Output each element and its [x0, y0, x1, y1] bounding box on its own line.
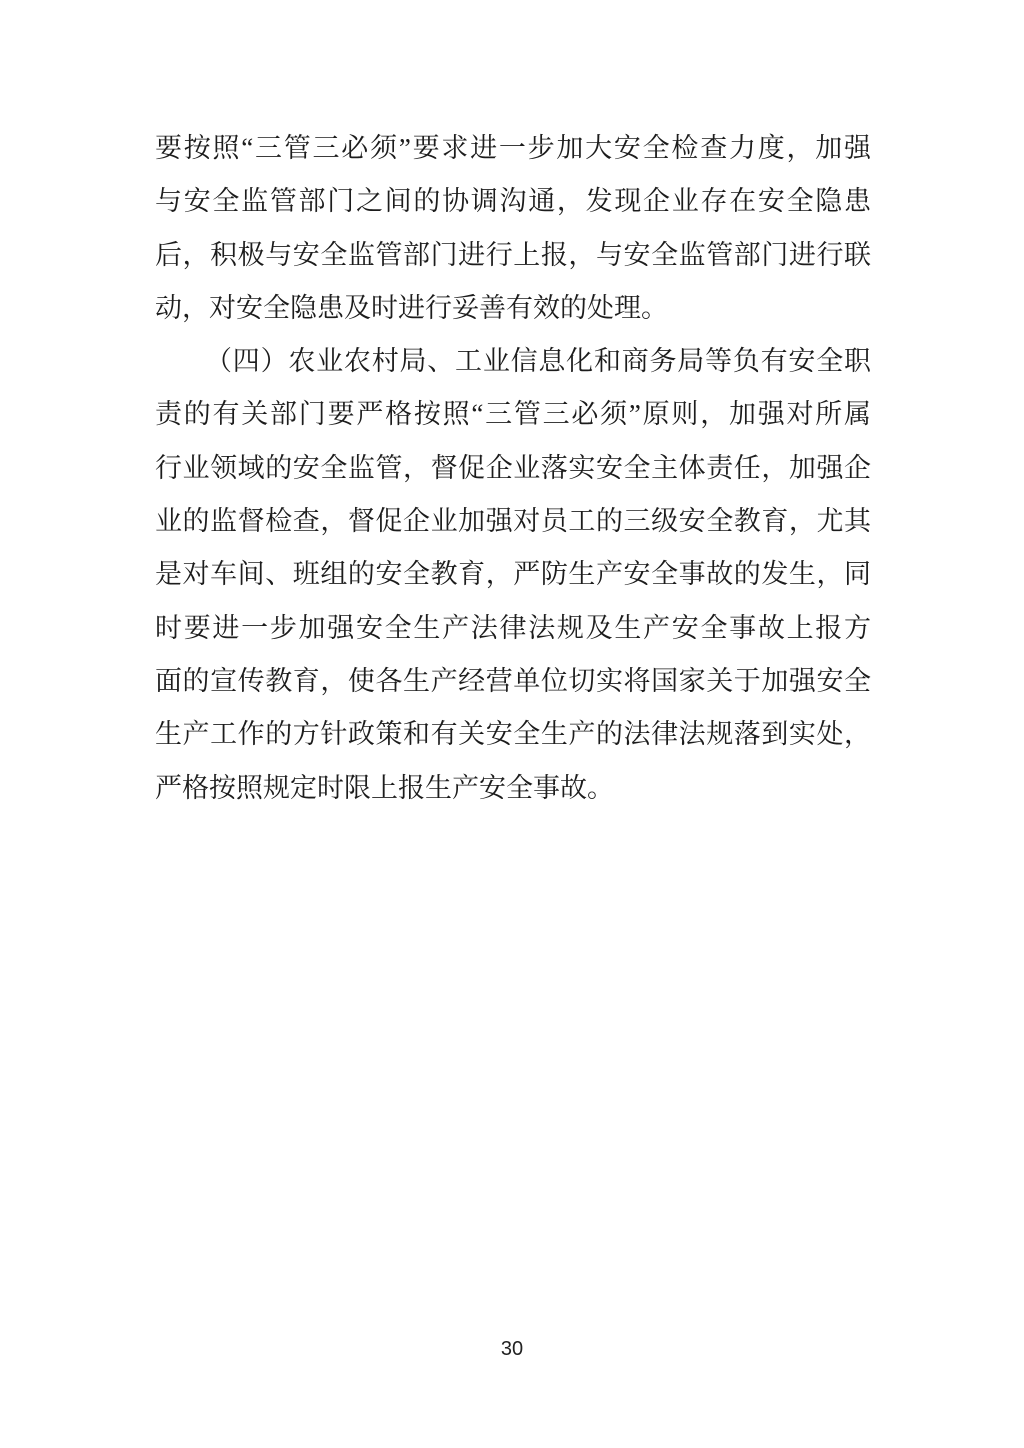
text-line: 行业领域的安全监管，督促企业落实安全主体责任，加强企: [155, 442, 871, 495]
text-line: 面的宣传教育，使各生产经营单位切实将国家关于加强安全: [155, 655, 871, 708]
text-line: 生产工作的方针政策和有关安全生产的法律法规落到实处，: [155, 708, 871, 761]
page-number: 30: [0, 1338, 1024, 1361]
text-line: 业的监督检查，督促企业加强对员工的三级安全教育，尤其: [155, 495, 871, 548]
document-page: 要按照“三管三必须”要求进一步加大安全检查力度，加强 与安全监管部门之间的协调沟…: [0, 0, 1024, 1448]
text-line: 动，对安全隐患及时进行妥善有效的处理。: [155, 282, 871, 335]
text-line: 与安全监管部门之间的协调沟通，发现企业存在安全隐患: [155, 175, 871, 228]
text-line: 是对车间、班组的安全教育，严防生产安全事故的发生，同: [155, 548, 871, 601]
text-line: 后，积极与安全监管部门进行上报，与安全监管部门进行联: [155, 229, 871, 282]
text-line: （四）农业农村局、工业信息化和商务局等负有安全职: [155, 335, 871, 388]
text-line: 时要进一步加强安全生产法律法规及生产安全事故上报方: [155, 602, 871, 655]
body-text: 要按照“三管三必须”要求进一步加大安全检查力度，加强 与安全监管部门之间的协调沟…: [155, 122, 871, 815]
text-line: 严格按照规定时限上报生产安全事故。: [155, 762, 871, 815]
text-line: 要按照“三管三必须”要求进一步加大安全检查力度，加强: [155, 122, 871, 175]
text-line: 责的有关部门要严格按照“三管三必须”原则，加强对所属: [155, 388, 871, 441]
